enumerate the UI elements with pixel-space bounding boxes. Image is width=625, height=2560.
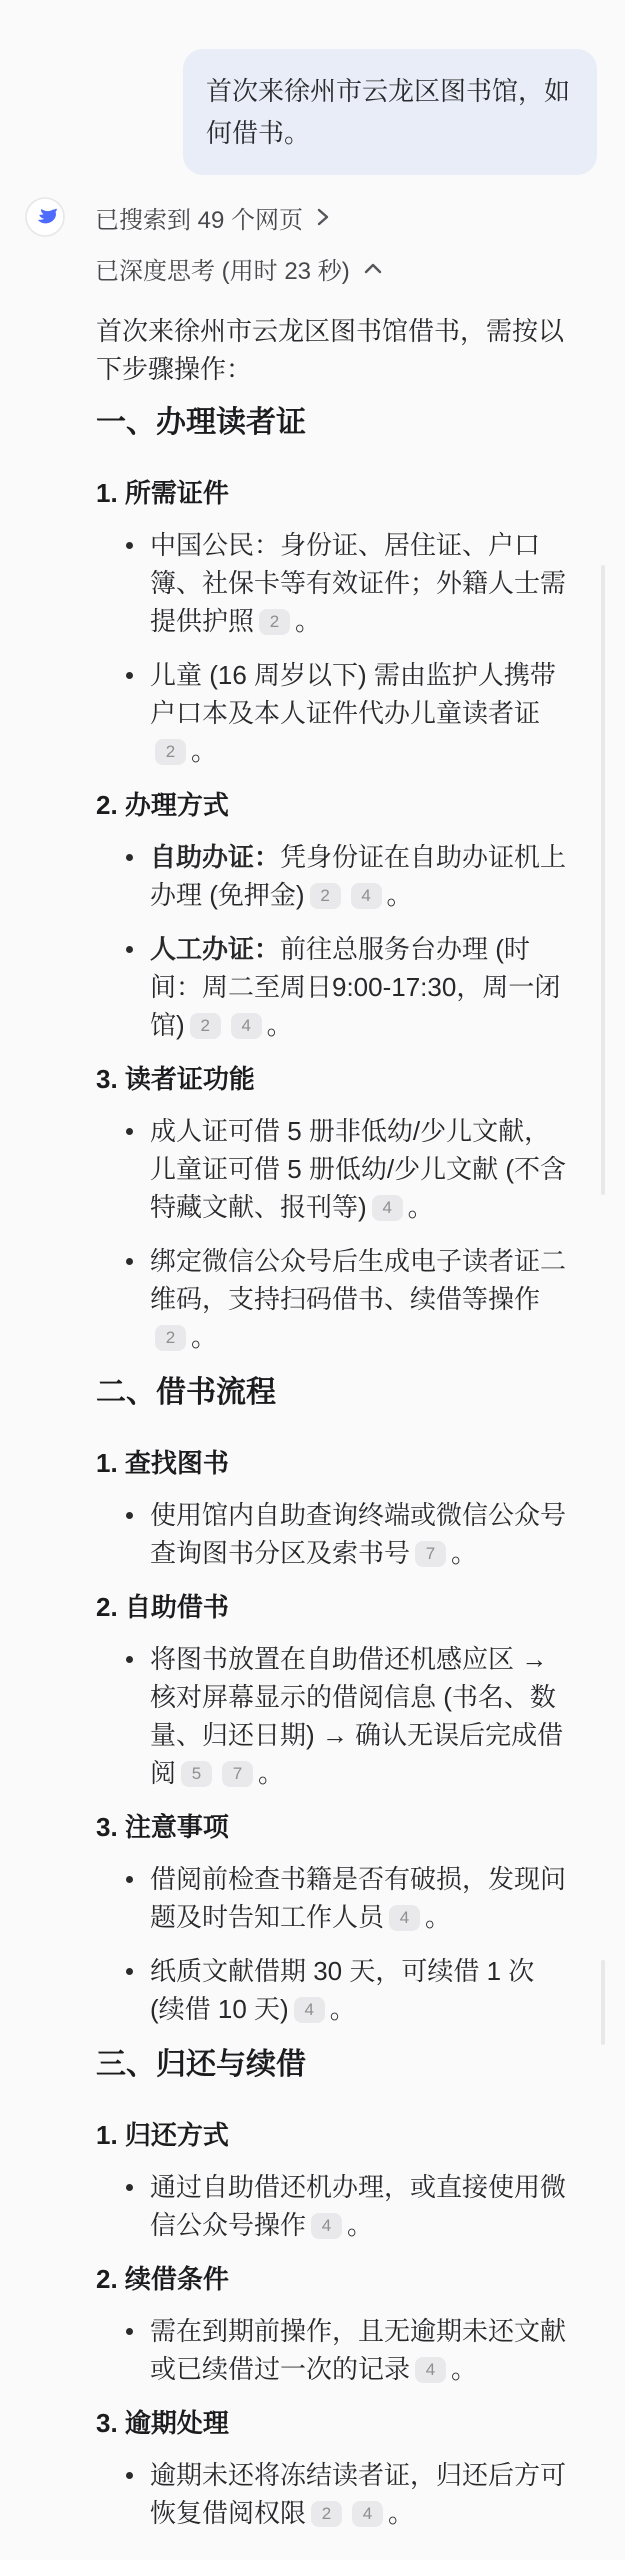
text-run: 。: [347, 2210, 373, 2240]
assistant-avatar: [25, 197, 65, 237]
bullet-dot-icon: [126, 1968, 133, 1975]
sub-heading: 1. 查找图书: [96, 1444, 568, 1482]
text-run: 。: [425, 1902, 451, 1932]
text-run: 。: [191, 736, 217, 766]
bullet-item: 通过自助借还机办理，或直接使用微信公众号操作4。: [96, 2168, 568, 2244]
text-run: 。: [387, 880, 413, 910]
bullet-text: 需在到期前操作，且无逾期未还文献或已续借过一次的记录4。: [150, 2316, 566, 2384]
citation-badge[interactable]: 4: [231, 1013, 262, 1039]
bullet-text: 通过自助借还机办理，或直接使用微信公众号操作4。: [150, 2172, 566, 2240]
bullet-text: 使用馆内自助查询终端或微信公众号查询图书分区及索书号7。: [150, 1500, 566, 1568]
citation-badge[interactable]: 2: [259, 609, 290, 635]
bullet-dot-icon: [126, 672, 133, 679]
bullet-dot-icon: [126, 1128, 133, 1135]
section-heading: 三、归还与续借: [96, 2044, 568, 2086]
text-run: 。: [451, 1538, 477, 1568]
bold-text: 人工办证：: [150, 934, 280, 964]
paragraph: 首次来徐州市云龙区图书馆借书，需按以下步骤操作：: [96, 312, 568, 388]
citation-badge[interactable]: 4: [372, 1195, 403, 1221]
text-run: 将图书放置在自助借还机感应区 → 核对屏幕显示的借阅信息 (书名、数量、归还日期…: [150, 1644, 563, 1788]
bullet-dot-icon: [126, 2328, 133, 2335]
sub-heading: 2. 办理方式: [96, 786, 568, 824]
citation-badge[interactable]: 4: [352, 2501, 383, 2527]
bullet-dot-icon: [126, 1258, 133, 1265]
bullet-item: 人工办证：前往总服务台办理 (时间：周二至周日9:00-17:30，周一闭馆)2…: [96, 930, 568, 1044]
bold-text: 自助办证：: [150, 842, 280, 872]
sub-heading: 1. 归还方式: [96, 2116, 568, 2154]
bullet-dot-icon: [126, 2472, 133, 2479]
bullet-item: 将图书放置在自助借还机感应区 → 核对屏幕显示的借阅信息 (书名、数量、归还日期…: [96, 1640, 568, 1792]
bullet-item: 自助办证：凭身份证在自助办证机上办理 (免押金)24。: [96, 838, 568, 914]
citation-badge[interactable]: 7: [415, 1541, 446, 1567]
sub-heading: 3. 逾期处理: [96, 2404, 568, 2442]
bullet-text: 借阅前检查书籍是否有破损，发现问题及时告知工作人员4。: [150, 1864, 566, 1932]
text-run: 需在到期前操作，且无逾期未还文献或已续借过一次的记录: [150, 2316, 566, 2384]
answer-content: 首次来徐州市云龙区图书馆借书，需按以下步骤操作：一、办理读者证1. 所需证件中国…: [0, 312, 625, 2532]
text-run: 。: [408, 1192, 434, 1222]
text-run: 。: [451, 2354, 477, 2384]
bullet-text: 成人证可借 5 册非低幼/少儿文献，儿童证可借 5 册低幼/少儿文献 (不含特藏…: [150, 1116, 566, 1222]
text-run: 。: [191, 1322, 217, 1352]
text-run: 使用馆内自助查询终端或微信公众号查询图书分区及索书号: [150, 1500, 566, 1568]
bullet-text: 中国公民：身份证、居住证、户口簿、社保卡等有效证件；外籍人士需提供护照2。: [150, 530, 566, 636]
bullet-dot-icon: [126, 2184, 133, 2191]
bullet-dot-icon: [126, 542, 133, 549]
citation-badge[interactable]: 2: [155, 1325, 186, 1351]
bullet-dot-icon: [126, 1512, 133, 1519]
citation-badge[interactable]: 2: [190, 1013, 221, 1039]
deep-think-row[interactable]: 已深度思考 (用时 23 秒): [95, 251, 625, 286]
chat-screen: 首次来徐州市云龙区图书馆，如何借书。 已搜索到 49 个网页 已深度思考 (用时…: [0, 0, 625, 2560]
bullet-dot-icon: [126, 1876, 133, 1883]
sub-heading: 1. 所需证件: [96, 474, 568, 512]
citation-badge[interactable]: 4: [389, 1905, 420, 1931]
section-heading: 一、办理读者证: [96, 402, 568, 444]
deep-think-label: 已深度思考 (用时 23 秒): [95, 251, 350, 286]
text-run: 借阅前检查书籍是否有破损，发现问题及时告知工作人员: [150, 1864, 566, 1932]
search-status-label: 已搜索到 49 个网页: [95, 200, 303, 235]
text-run: 。: [330, 1994, 356, 2024]
sub-heading: 3. 注意事项: [96, 1808, 568, 1846]
sub-heading: 2. 续借条件: [96, 2260, 568, 2298]
text-run: 。: [388, 2498, 414, 2528]
search-status-row[interactable]: 已搜索到 49 个网页: [0, 197, 625, 237]
chevron-up-icon: [362, 261, 384, 277]
text-run: 。: [295, 606, 321, 636]
bullet-item: 借阅前检查书籍是否有破损，发现问题及时告知工作人员4。: [96, 1860, 568, 1936]
citation-badge[interactable]: 4: [351, 883, 382, 909]
citation-badge[interactable]: 2: [310, 883, 341, 909]
text-run: 中国公民：身份证、居住证、户口簿、社保卡等有效证件；外籍人士需提供护照: [150, 530, 566, 636]
bullet-text: 自助办证：凭身份证在自助办证机上办理 (免押金)24。: [150, 842, 566, 910]
assistant-meta: 已搜索到 49 个网页 已深度思考 (用时 23 秒): [0, 197, 625, 286]
citation-badge[interactable]: 4: [415, 2357, 446, 2383]
deepseek-whale-icon: [25, 197, 65, 237]
bullet-dot-icon: [126, 946, 133, 953]
chevron-right-icon: [315, 206, 331, 228]
user-message-row: 首次来徐州市云龙区图书馆，如何借书。: [0, 0, 625, 175]
text-run: 首次来徐州市云龙区图书馆借书，需按以下步骤操作：: [96, 316, 564, 384]
text-run: 。: [267, 1010, 293, 1040]
text-run: 绑定微信公众号后生成电子读者证二维码，支持扫码借书、续借等操作: [150, 1246, 566, 1314]
bullet-dot-icon: [126, 1656, 133, 1663]
bullet-text: 绑定微信公众号后生成电子读者证二维码，支持扫码借书、续借等操作2。: [150, 1246, 566, 1352]
bullet-text: 儿童 (16 周岁以下) 需由监护人携带户口本及本人证件代办儿童读者证2。: [150, 660, 556, 766]
scrollbar-thumb[interactable]: [601, 1960, 605, 2045]
citation-badge[interactable]: 4: [294, 1997, 325, 2023]
citation-badge[interactable]: 2: [311, 2501, 342, 2527]
bullet-item: 绑定微信公众号后生成电子读者证二维码，支持扫码借书、续借等操作2。: [96, 1242, 568, 1356]
bullet-item: 纸质文献借期 30 天，可续借 1 次 (续借 10 天)4。: [96, 1952, 568, 2028]
citation-badge[interactable]: 2: [155, 739, 186, 765]
sub-heading: 3. 读者证功能: [96, 1060, 568, 1098]
bullet-item: 需在到期前操作，且无逾期未还文献或已续借过一次的记录4。: [96, 2312, 568, 2388]
bullet-text: 人工办证：前往总服务台办理 (时间：周二至周日9:00-17:30，周一闭馆)2…: [150, 934, 560, 1040]
bullet-item: 中国公民：身份证、居住证、户口簿、社保卡等有效证件；外籍人士需提供护照2。: [96, 526, 568, 640]
bullet-item: 逾期未还将冻结读者证，归还后方可恢复借阅权限24。: [96, 2456, 568, 2532]
sub-heading: 2. 自助借书: [96, 1588, 568, 1626]
bullet-item: 成人证可借 5 册非低幼/少儿文献，儿童证可借 5 册低幼/少儿文献 (不含特藏…: [96, 1112, 568, 1226]
bullet-text: 纸质文献借期 30 天，可续借 1 次 (续借 10 天)4。: [150, 1956, 534, 2024]
section-heading: 二、借书流程: [96, 1372, 568, 1414]
bullet-text: 逾期未还将冻结读者证，归还后方可恢复借阅权限24。: [150, 2460, 566, 2528]
text-run: 。: [258, 1758, 284, 1788]
user-message-bubble: 首次来徐州市云龙区图书馆，如何借书。: [183, 49, 597, 175]
bullet-item: 使用馆内自助查询终端或微信公众号查询图书分区及索书号7。: [96, 1496, 568, 1572]
bullet-text: 将图书放置在自助借还机感应区 → 核对屏幕显示的借阅信息 (书名、数量、归还日期…: [150, 1644, 563, 1788]
bullet-item: 儿童 (16 周岁以下) 需由监护人携带户口本及本人证件代办儿童读者证2。: [96, 656, 568, 770]
scrollbar-thumb[interactable]: [601, 565, 605, 1195]
citation-badge[interactable]: 7: [222, 1761, 253, 1787]
citation-badge[interactable]: 4: [311, 2213, 342, 2239]
citation-badge[interactable]: 5: [181, 1761, 212, 1787]
bullet-dot-icon: [126, 854, 133, 861]
text-run: 儿童 (16 周岁以下) 需由监护人携带户口本及本人证件代办儿童读者证: [150, 660, 556, 728]
text-run: 成人证可借 5 册非低幼/少儿文献，儿童证可借 5 册低幼/少儿文献 (不含特藏…: [150, 1116, 566, 1222]
